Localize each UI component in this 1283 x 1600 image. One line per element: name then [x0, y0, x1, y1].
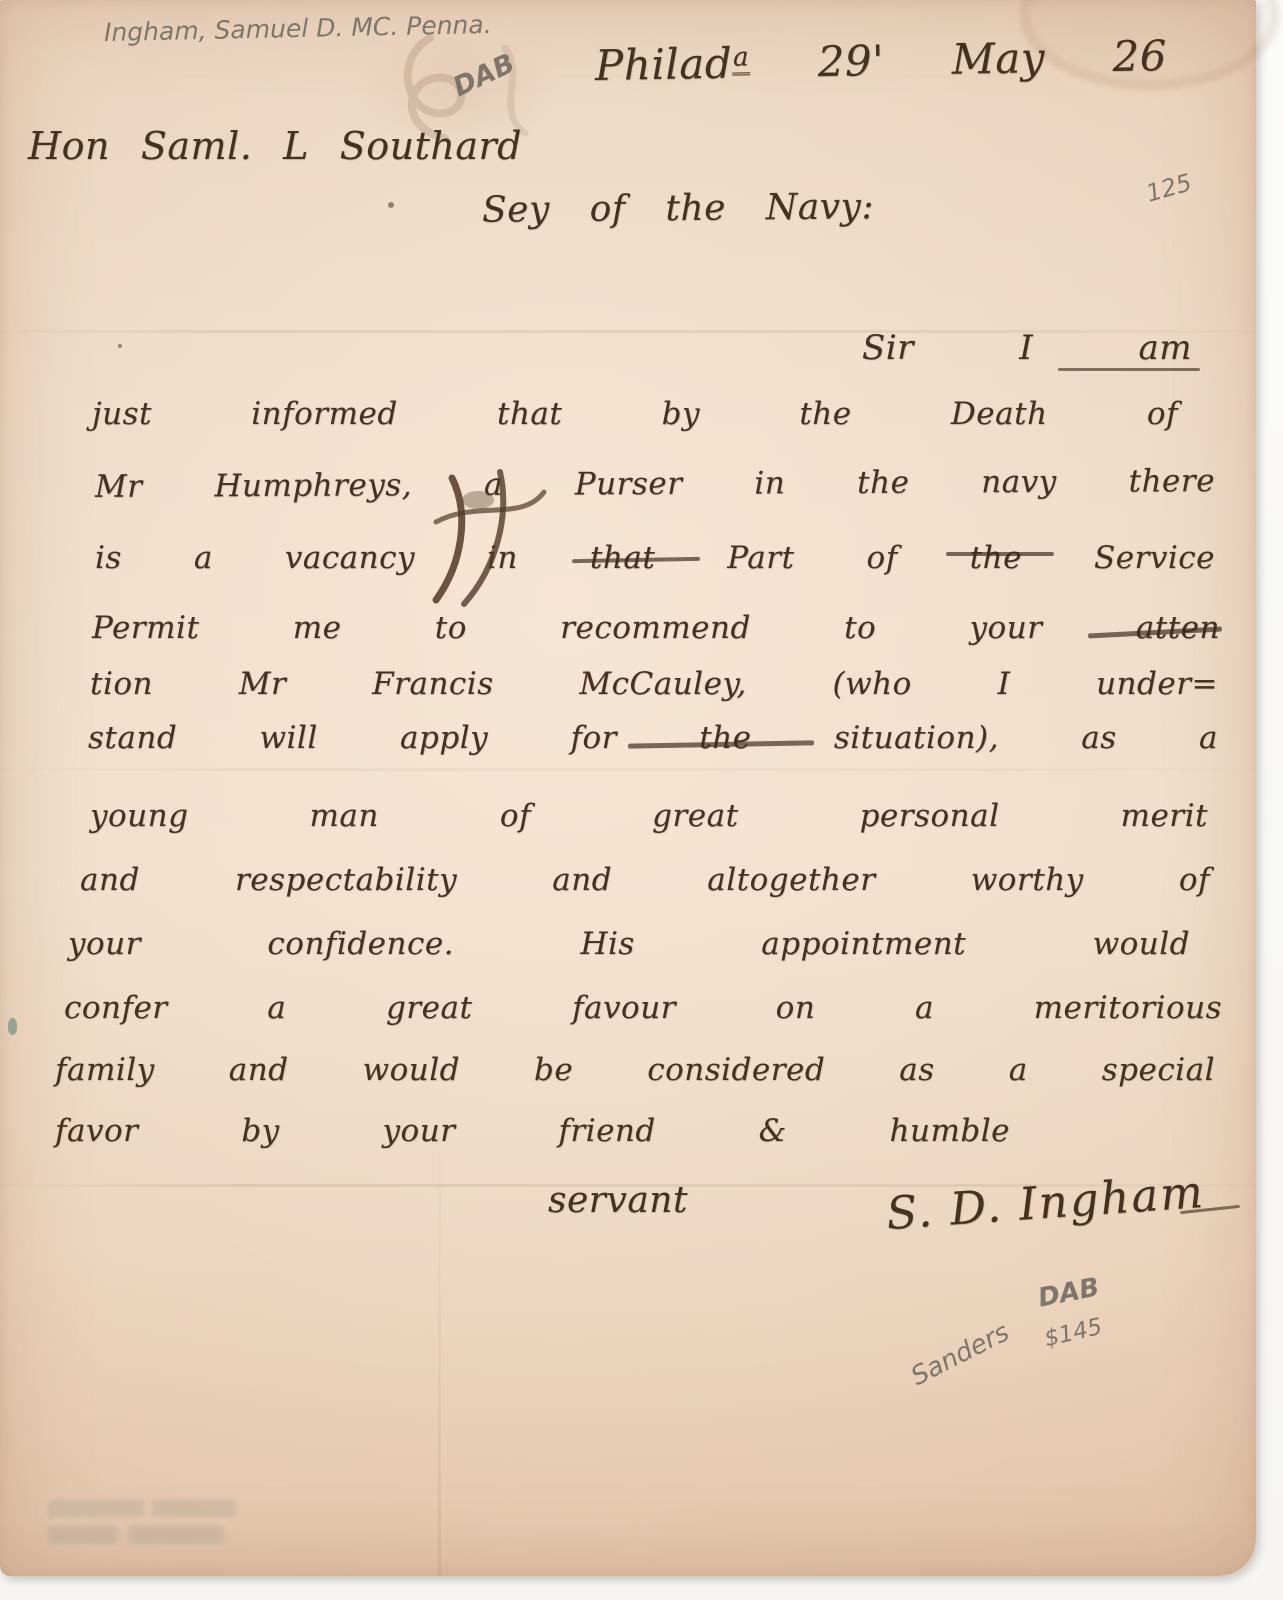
- body-line: family and would be considered as a spec…: [55, 1052, 1215, 1088]
- body-line: Permit me to recommend to your atten: [92, 610, 1220, 646]
- body-line: your confidence. His appointment would: [68, 926, 1190, 962]
- body-line: just informed that by the Death of: [92, 396, 1178, 432]
- salutation: Sir I am: [862, 328, 1192, 368]
- pencil-price-bottom: $145: [1042, 1314, 1105, 1353]
- horizontal-fold-crease: [0, 768, 1256, 771]
- faint-stamp-mark: [48, 1526, 118, 1543]
- dateline-year: 26: [1112, 31, 1167, 81]
- pencil-price-top: 125: [1143, 168, 1195, 208]
- pen-flourish-dash: [1058, 368, 1200, 371]
- ink-speck: [118, 344, 122, 348]
- pencil-dealer-name: Sanders: [906, 1317, 1014, 1392]
- faint-stamp-mark: [128, 1526, 224, 1543]
- salutation-sir: Sir: [862, 328, 914, 368]
- body-line: and respectability and altogether worthy…: [80, 862, 1210, 898]
- recipient-title-line: Sey of the Navy:: [482, 186, 874, 230]
- letter-paper: Ingham, Samuel D. MC. Penna. DAB Philada…: [0, 0, 1256, 1576]
- ink-strikethrough: [946, 552, 1054, 556]
- dateline-place: Philada: [595, 38, 751, 90]
- faint-stamp-mark: [152, 1500, 236, 1517]
- teal-fleck: [8, 1018, 17, 1035]
- body-line: young man of great personal merit: [90, 798, 1208, 834]
- body-line: confer a great favour on a meritorious: [64, 990, 1222, 1026]
- body-line: tion Mr Francis McCauley, (who I under=: [90, 666, 1218, 702]
- ink-scrawl-correction: [418, 470, 578, 610]
- body-line: stand will apply for the situation), as …: [88, 720, 1218, 756]
- recipient-line: Hon Saml. L Southard: [28, 124, 522, 168]
- closing-word: servant: [548, 1180, 688, 1221]
- faint-stamp-mark: [48, 1500, 144, 1517]
- vertical-fold-crease: [438, 1150, 441, 1576]
- body-line: Mr Humphreys, a Purser in the navy there: [95, 463, 1215, 505]
- dateline: Philada 29' May 26: [595, 31, 1168, 90]
- ink-speck: [388, 202, 394, 208]
- salutation-i-am: I am: [1019, 328, 1192, 368]
- body-line: favor by your friend & humble: [55, 1113, 1010, 1149]
- dateline-month: May: [951, 33, 1045, 84]
- dateline-superscript: a: [732, 43, 751, 76]
- signature: S. D. Ingham: [885, 1165, 1207, 1240]
- dateline-day: 29': [817, 36, 884, 86]
- scanned-letter-photo: Ingham, Samuel D. MC. Penna. DAB Philada…: [0, 0, 1283, 1600]
- pencil-dab-initials-bottom: DAB: [1036, 1272, 1102, 1313]
